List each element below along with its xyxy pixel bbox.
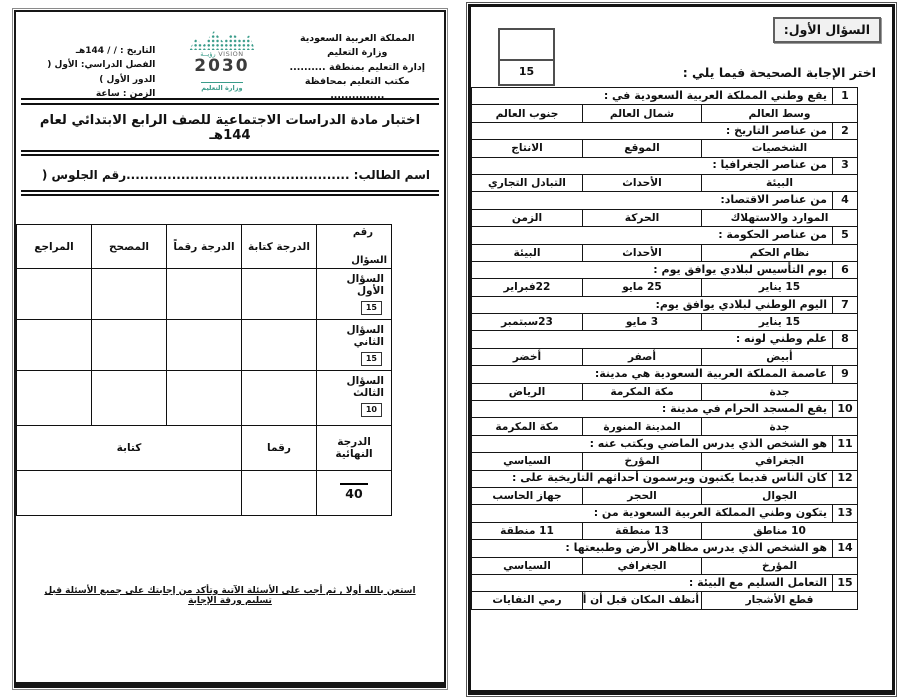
option-cell[interactable]: الجغرافي <box>583 557 702 574</box>
option-cell[interactable]: أنظف المكان قبل أن أتركه <box>583 592 702 609</box>
question-row: 8علم وطني لونه : <box>472 331 858 348</box>
grade-cell-empty[interactable] <box>17 471 242 516</box>
option-cell[interactable]: البيئة <box>702 174 858 191</box>
option-cell[interactable]: جدة <box>702 418 858 435</box>
option-cell[interactable]: جهاز الحاسب <box>472 487 583 504</box>
numeric-label: رقما <box>242 426 317 471</box>
score-box-max-value: 15 <box>500 61 553 84</box>
option-cell[interactable]: الحركة <box>583 209 702 226</box>
option-cell[interactable]: مكة المكرمة <box>583 383 702 400</box>
col-header-grade-numeric: الدرجة رقماً <box>167 225 242 269</box>
cover-header: المملكة العربية السعودية وزارة التعليم إ… <box>16 12 444 98</box>
question-number: 6 <box>833 261 858 278</box>
max-score-box: 15 <box>361 301 382 315</box>
options-row: المؤرخالجغرافيالسياسي <box>472 557 858 574</box>
option-cell[interactable]: قطع الأشجار <box>702 592 858 609</box>
grading-total-row: 40 <box>17 471 392 516</box>
row-label: السؤال الثاني <box>346 324 384 348</box>
exam-instruction: استعن بالله أولا , ثم أجب على الأسئلة ال… <box>16 586 444 606</box>
question-row: 1يقع وطني المملكة العربية السعودية في : <box>472 88 858 105</box>
grade-cell-empty[interactable] <box>17 269 92 320</box>
options-row: الجغرافيالمؤرخالسياسي <box>472 453 858 470</box>
grade-cell-empty[interactable] <box>242 371 317 426</box>
option-cell[interactable]: 15 يناير <box>702 314 858 331</box>
question-number: 14 <box>833 540 858 557</box>
question-row: 15التعامل السليم مع البيئة : <box>472 574 858 591</box>
ministry-line: مكتب التعليم بمحافظة ............... <box>283 75 432 104</box>
option-cell[interactable]: نظام الحكم <box>702 244 858 261</box>
student-name-field[interactable]: اسم الطالب: ............................… <box>126 168 430 182</box>
semester-line: الفصل الدراسي: الأول ( الدور الأول ) <box>28 58 155 87</box>
question-text: هو الشخص الذي يدرس الماضي ويكتب عنه : <box>472 435 833 452</box>
question-text: كان الناس قديما يكتبون ويرسمون أحداثهم ا… <box>472 470 833 487</box>
question-row: 7اليوم الوطني لبلادي يوافق يوم: <box>472 296 858 313</box>
option-cell[interactable]: 25 مايو <box>583 279 702 296</box>
grade-cell-empty[interactable] <box>167 269 242 320</box>
section-title-box: السؤال الأول: <box>773 17 881 43</box>
vision-year: 2030 <box>161 58 282 75</box>
ministry-line: إدارة التعليم بمنطقة .......... <box>283 61 432 75</box>
question-text: اليوم الوطني لبلادي يوافق يوم: <box>472 296 833 313</box>
grade-cell-empty[interactable] <box>92 320 167 371</box>
question-row: 2من عناصر التاريخ : <box>472 122 858 139</box>
option-cell[interactable]: المدينة المنورة <box>583 418 702 435</box>
question-text: يقع وطني المملكة العربية السعودية في : <box>472 88 833 105</box>
options-row: قطع الأشجارأنظف المكان قبل أن أتركهرمي ا… <box>472 592 858 609</box>
exam-cover-page: المملكة العربية السعودية وزارة التعليم إ… <box>14 10 446 688</box>
max-score-box: 15 <box>361 352 382 366</box>
option-cell[interactable]: أخضر <box>472 348 583 365</box>
option-cell[interactable]: جدة <box>702 383 858 400</box>
option-cell[interactable]: 11 منطقة <box>472 522 583 539</box>
option-cell[interactable]: السياسي <box>472 453 583 470</box>
option-cell[interactable]: أبيض <box>702 348 858 365</box>
question-number: 11 <box>833 435 858 452</box>
question-text: يتكون وطني المملكة العربية السعودية من : <box>472 505 833 522</box>
grade-cell-empty[interactable] <box>17 371 92 426</box>
logo-ministry-label: وزارة التعليم <box>201 82 242 92</box>
corner-bottom-label: السؤال <box>351 255 387 266</box>
max-score-box: 10 <box>361 403 382 417</box>
question-text: من عناصر التاريخ : <box>472 122 833 139</box>
corner-top-label: رقم <box>353 227 373 238</box>
options-row: 15 يناير3 مايو23سبتمبر <box>472 314 858 331</box>
options-row: الموارد والاستهلاكالحركةالزمن <box>472 209 858 226</box>
question-text: التعامل السليم مع البيئة : <box>472 574 833 591</box>
question-row: 9عاصمة المملكة العربية السعودية هي مدينة… <box>472 366 858 383</box>
question-text: عاصمة المملكة العربية السعودية هي مدينة: <box>472 366 833 383</box>
option-cell[interactable]: 13 منطقة <box>583 522 702 539</box>
question-row: 13يتكون وطني المملكة العربية السعودية من… <box>472 505 858 522</box>
options-row: نظام الحكمالأحداثالبيئة <box>472 244 858 261</box>
row-label: السؤال الثالث <box>346 375 384 399</box>
grade-cell-empty[interactable] <box>242 320 317 371</box>
question-text: من عناصر الجغرافيا : <box>472 157 833 174</box>
questions-body: 1يقع وطني المملكة العربية السعودية في :و… <box>472 88 858 610</box>
vision-2030-logo: VISION رؤيــة 2030 وزارة التعليم <box>161 30 282 98</box>
exam-title: اختبار مادة الدراسات الاجتماعية للصف الر… <box>16 105 444 150</box>
options-row: 15 يناير25 مايو22فبراير <box>472 279 858 296</box>
options-row: أبيضأصفرأخضر <box>472 348 858 365</box>
options-row: جدةالمدينة المنورةمكة المكرمة <box>472 418 858 435</box>
question-row: 11هو الشخص الذي يدرس الماضي ويكتب عنه : <box>472 435 858 452</box>
grading-row-q2: السؤال الثاني15 <box>17 320 392 371</box>
question-number: 13 <box>833 505 858 522</box>
grade-cell-empty[interactable] <box>167 371 242 426</box>
option-cell[interactable]: الأحداث <box>583 174 702 191</box>
grade-cell-empty[interactable] <box>92 269 167 320</box>
question-number: 4 <box>833 192 858 209</box>
option-cell[interactable]: شمال العالم <box>583 105 702 122</box>
option-cell[interactable]: رمي النفايات <box>472 592 583 609</box>
question-number: 5 <box>833 227 858 244</box>
options-row: 10 مناطق13 منطقة11 منطقة <box>472 522 858 539</box>
options-row: البيئةالأحداثالتبادل التجاري <box>472 174 858 191</box>
question-row: 3من عناصر الجغرافيا : <box>472 157 858 174</box>
ministry-line: وزارة التعليم <box>283 46 432 60</box>
question-row: 4من عناصر الاقتصاد: <box>472 192 858 209</box>
grade-cell-empty[interactable] <box>242 269 317 320</box>
date-line: التاريخ : / / 144هـ <box>28 44 155 58</box>
option-cell[interactable]: الموقع <box>583 140 702 157</box>
written-label: كتابة <box>17 426 242 471</box>
option-cell[interactable]: الموارد والاستهلاك <box>702 209 858 226</box>
question-text: علم وطني لونه : <box>472 331 833 348</box>
grading-row-q3: السؤال الثالث10 <box>17 371 392 426</box>
student-name-line: اسم الطالب: ............................… <box>16 156 444 190</box>
question-row: 5من عناصر الحكومة : <box>472 227 858 244</box>
option-cell[interactable]: الأحداث <box>583 244 702 261</box>
options-row: الجوالالحجرجهاز الحاسب <box>472 487 858 504</box>
option-cell[interactable]: وسط العالم <box>702 105 858 122</box>
option-cell[interactable]: البيئة <box>472 244 583 261</box>
option-cell[interactable]: أصفر <box>583 348 702 365</box>
option-cell[interactable]: 10 مناطق <box>702 522 858 539</box>
row-label: السؤال الأول <box>346 273 384 297</box>
question-text: يوم التأسيس لبلادي يوافق يوم : <box>472 261 833 278</box>
option-cell[interactable]: 23سبتمبر <box>472 314 583 331</box>
option-cell[interactable]: مكة المكرمة <box>472 418 583 435</box>
option-cell[interactable]: المؤرخ <box>702 557 858 574</box>
grade-cell-empty[interactable] <box>167 320 242 371</box>
options-row: الشخصياتالموقعالانتاج <box>472 140 858 157</box>
question-row: 6يوم التأسيس لبلادي يوافق يوم : <box>472 261 858 278</box>
option-cell[interactable]: السياسي <box>472 557 583 574</box>
question-row: 14هو الشخص الذي يدرس مظاهر الأرض وطبيعته… <box>472 540 858 557</box>
grading-final-labels-row: الدرجة النهائية رقما كتابة <box>17 426 392 471</box>
option-cell[interactable]: الحجر <box>583 487 702 504</box>
final-grade-label: الدرجة النهائية <box>317 426 392 471</box>
duration-line: الزمن : ساعة <box>28 87 155 101</box>
date-block: التاريخ : / / 144هـ الفصل الدراسي: الأول… <box>28 44 161 98</box>
questions-page: السؤال الأول: 15 اختر الإجابة الصحيحة في… <box>468 4 895 695</box>
col-header-grade-written: الدرجة كتابة <box>242 225 317 269</box>
option-cell[interactable]: الجوال <box>702 487 858 504</box>
option-cell[interactable]: الزمن <box>472 209 583 226</box>
option-cell[interactable]: الجغرافي <box>702 453 858 470</box>
option-cell[interactable]: الانتاج <box>472 140 583 157</box>
question-row: 12كان الناس قديما يكتبون ويرسمون أحداثهم… <box>472 470 858 487</box>
question-text: من عناصر الحكومة : <box>472 227 833 244</box>
grade-cell-empty[interactable] <box>242 471 317 516</box>
option-cell[interactable]: التبادل التجاري <box>472 174 583 191</box>
options-row: وسط العالمشمال العالمجنوب العالم <box>472 105 858 122</box>
question-number: 10 <box>833 401 858 418</box>
total-cell: 40 <box>317 471 392 516</box>
grading-corner-cell: رقم السؤال <box>317 225 392 269</box>
grade-cell-empty[interactable] <box>17 320 92 371</box>
seat-number-field[interactable]: رقم الجلوس ( ) <box>0 168 126 182</box>
questions-table: 1يقع وطني المملكة العربية السعودية في :و… <box>471 87 858 610</box>
grading-row-q1: السؤال الأول15 <box>17 269 392 320</box>
option-cell[interactable]: 15 يناير <box>702 279 858 296</box>
option-cell[interactable]: الرياض <box>472 383 583 400</box>
question-text: هو الشخص الذي يدرس مظاهر الأرض وطبيعتها … <box>472 540 833 557</box>
option-cell[interactable]: الشخصيات <box>702 140 858 157</box>
options-row: جدةمكة المكرمةالرياض <box>472 383 858 400</box>
question-number: 12 <box>833 470 858 487</box>
ministry-block: المملكة العربية السعودية وزارة التعليم إ… <box>283 32 432 98</box>
question-text: يقع المسجد الحرام في مدينة : <box>472 401 833 418</box>
question-score-box: 15 <box>498 28 555 86</box>
total-max-score: 40 <box>340 483 367 501</box>
option-cell[interactable]: 22فبراير <box>472 279 583 296</box>
question-number: 2 <box>833 122 858 139</box>
option-cell[interactable]: جنوب العالم <box>472 105 583 122</box>
score-box-blank-cell[interactable] <box>500 30 553 61</box>
vision-2030-dots-icon <box>189 30 255 50</box>
divider-rule <box>21 190 439 196</box>
question-row: 10يقع المسجد الحرام في مدينة : <box>472 401 858 418</box>
question-number: 8 <box>833 331 858 348</box>
question-number: 15 <box>833 574 858 591</box>
question-number: 7 <box>833 296 858 313</box>
col-header-corrector: المصحح <box>92 225 167 269</box>
question-text: من عناصر الاقتصاد: <box>472 192 833 209</box>
question-number: 3 <box>833 157 858 174</box>
option-cell[interactable]: 3 مايو <box>583 314 702 331</box>
ministry-line: المملكة العربية السعودية <box>283 32 432 46</box>
grading-table: رقم السؤال الدرجة كتابة الدرجة رقماً الم… <box>16 224 392 516</box>
col-header-reviewer: المراجع <box>17 225 92 269</box>
question-number: 9 <box>833 366 858 383</box>
option-cell[interactable]: المؤرخ <box>583 453 702 470</box>
question-number: 1 <box>833 88 858 105</box>
grade-cell-empty[interactable] <box>92 371 167 426</box>
